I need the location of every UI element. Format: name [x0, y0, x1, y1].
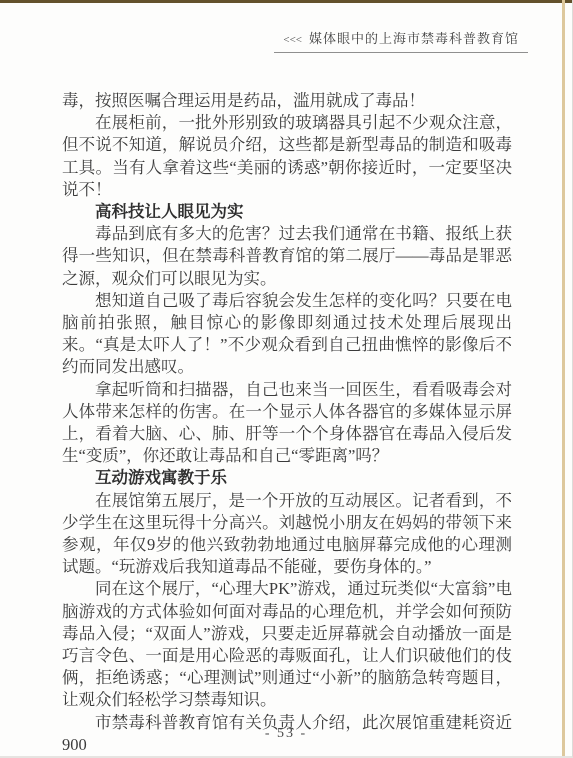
page-body: 毒，按照医嘱合理运用是药品，滥用就成了毒品！ 在展柜前，一批外形别致的玻璃器具引… — [62, 90, 512, 756]
running-header: <<<媒体眼中的上海市禁毒科普教育馆 — [274, 28, 528, 53]
paragraph: 在展柜前，一批外形别致的玻璃器具引起不少观众注意，但不说不知道，解说员介绍，这些… — [62, 112, 512, 201]
paragraph: 拿起听筒和扫描器，自己也来当一回医生，看看吸毒会对人体带来怎样的伤害。在一个显示… — [62, 379, 512, 468]
top-rule — [0, 0, 572, 3]
paragraph: 同在这个展厅，“心理大PK”游戏，通过玩类似“大富翁”电脑游戏的方式体验如何面对… — [62, 578, 512, 711]
section-heading: 高科技让人眼见为实 — [62, 201, 512, 223]
paragraph: 在展馆第五展厅，是一个开放的互动展区。记者看到，不少学生在这里玩得十分高兴。刘越… — [62, 490, 512, 579]
right-margin-rule — [562, 0, 565, 756]
paragraph: 毒，按照医嘱合理运用是药品，滥用就成了毒品！ — [62, 90, 512, 112]
page-number: - 53 - — [0, 726, 572, 742]
chevrons-left-icon: <<< — [283, 34, 302, 46]
paragraph: 毒品到底有多大的危害？过去我们通常在书籍、报纸上获得一些知识，但在禁毒科普教育馆… — [62, 223, 512, 290]
running-header-title: 媒体眼中的上海市禁毒科普教育馆 — [309, 31, 519, 46]
scanned-book-page: { "colors": { "top_bar": "#63512c", "rig… — [0, 0, 573, 758]
paragraph: 想知道自己吸了毒后容貌会发生怎样的变化吗？只要在电脑前拍张照，触目惊心的影像即刻… — [62, 290, 512, 379]
section-heading: 互动游戏寓教于乐 — [62, 467, 512, 489]
